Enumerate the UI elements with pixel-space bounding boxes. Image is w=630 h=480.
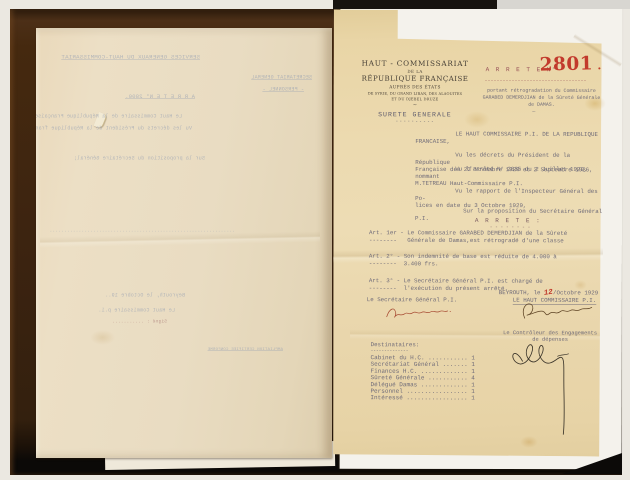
mirrored-paragraph: Le Haut Commissaire de la République Fra… xyxy=(36,114,182,120)
opening-paragraph: LE HAUT COMMISSAIRE P.I. DE LA REPUBLIQU… xyxy=(415,131,606,146)
letterhead: HAUT - COMMISSARIAT DE LA RÉPUBLIQUE FRA… xyxy=(357,60,472,124)
mirrored-dotted-rule: ........................................… xyxy=(49,228,235,233)
letterhead-line: ET DU DJEBEL DRUZE xyxy=(357,97,472,102)
mirrored-signed-line: Signé : ........... xyxy=(112,319,167,324)
letterhead-line: DE LA xyxy=(358,69,473,74)
dateline-place: BEYROUTH, le xyxy=(499,290,544,297)
service-name: SURETE GENERALE xyxy=(357,111,472,119)
letterhead-line: AUPRÈS DES ÉTATS xyxy=(357,85,472,90)
service-underline: - - - - - - - - - - xyxy=(357,119,472,124)
title-underline: ---------------------------------- xyxy=(485,78,587,84)
mirrored-paragraph: Vu les décrets du Président de la Républ… xyxy=(36,126,192,132)
secretary-general-title: Le Secrétaire Général P.I. xyxy=(367,297,457,304)
mirrored-title: A R R E T E N° 2800. xyxy=(125,94,195,100)
subject-dash: — xyxy=(532,109,535,115)
mirrored-footer: AMPLIATION CERTIFIEE CONFORME xyxy=(208,347,283,352)
mirrored-dateline: Beyrouth, le Octobre 19.. xyxy=(105,293,185,299)
letterhead-flourish: ~ xyxy=(357,102,472,108)
dateline-rest: /Octobre 1929 xyxy=(553,290,598,297)
arrete-subject: portant rétrogradation du Commissaire GA… xyxy=(481,87,601,109)
destinataires-list: Cabinet du H.C. ........... 1 Secrétaria… xyxy=(370,355,475,402)
stamp-digits: 2801 xyxy=(539,52,593,75)
stamp-period: . xyxy=(593,59,602,72)
arrete-content: HAUT - COMMISSARIAT DE LA RÉPUBLIQUE FRA… xyxy=(332,10,602,457)
mirrored-heading: SERVICES GENERAUX DU HAUT-COMMISSARIAT xyxy=(61,54,200,61)
article-2: Art. 2° - Son indemnité de base est rédu… xyxy=(369,253,557,268)
scan-stage: SERVICES GENERAUX DU HAUT-COMMISSARIAT S… xyxy=(0,0,630,480)
arrete-number-stamp: 2801 . xyxy=(539,52,602,75)
mirrored-paragraph: Sur la proposition du Secrétaire Général… xyxy=(74,156,205,162)
letterhead-line: DE SYRIE, DU GRAND LIBAN, DES ALAOUITES xyxy=(357,91,472,96)
article-1: Art. 1er - Le Commissaire GARABED DEMERD… xyxy=(369,230,567,245)
gutter-shadow-top xyxy=(333,0,497,9)
scanned-archive-photo: SERVICES GENERAUX DU HAUT-COMMISSARIAT S… xyxy=(0,0,630,480)
arrete-heading: A R R E T E : xyxy=(463,217,553,224)
dateline: BEYROUTH, le 12/Octobre 1929 xyxy=(499,288,598,297)
mirrored-signer: Le Haut Commissaire p.i. xyxy=(98,308,175,314)
handwritten-day: 12 xyxy=(543,288,553,298)
arrete-heading-underline: - - - - - - - - xyxy=(475,225,545,230)
secretary-signature xyxy=(383,304,453,322)
mirrored-office-line: SECRETARIAT GENERAL xyxy=(251,75,312,81)
vu-paragraph: Vu l'arrêté N° 2635 du 2 Juillet 1929, n… xyxy=(415,166,606,189)
bleedthrough-layer: SERVICES GENERAUX DU HAUT-COMMISSARIAT S… xyxy=(36,28,332,458)
letterhead-line: HAUT - COMMISSARIAT xyxy=(358,60,473,68)
destinataires-underline: -------------- xyxy=(371,348,409,353)
haut-commissaire-signature xyxy=(518,299,598,324)
letterhead-line: RÉPUBLIQUE FRANÇAISE xyxy=(358,75,473,83)
mirrored-office-line: - PERSONNEL - xyxy=(262,87,304,93)
controller-signature xyxy=(507,341,602,441)
photo-edge-top-right xyxy=(497,0,630,9)
